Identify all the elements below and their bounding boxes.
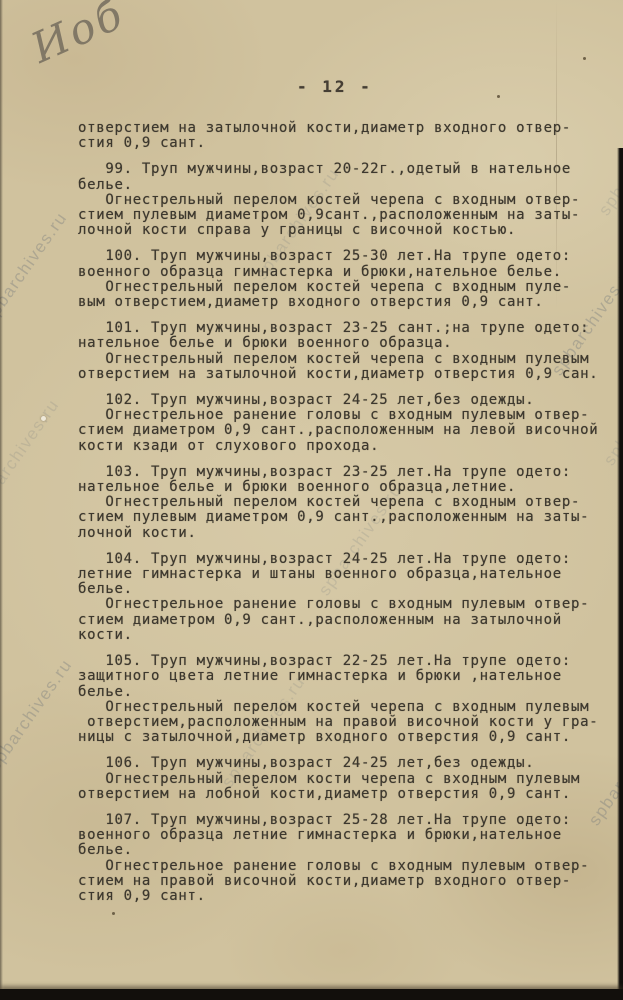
text-line: 103. Труп мужчины,возраст 23-25 лет.На т… xyxy=(78,465,618,480)
text-line: Огнестрельный перелом костей черепа с вх… xyxy=(78,700,618,715)
text-line: Огнестрельное ранение головы с входным п… xyxy=(78,859,618,874)
text-line: стием пулевым диаметром 0,9 сант.,распол… xyxy=(78,510,618,525)
paper-crease xyxy=(556,0,557,310)
text-line: Огнестрельное ранение головы с входным п… xyxy=(78,597,618,612)
text-line: лочной кости справа у границы с височной… xyxy=(78,223,618,238)
paragraph-block: 104. Труп мужчины,возраст 24-25 лет.На т… xyxy=(78,552,618,643)
page-number: - 12 - xyxy=(297,77,373,96)
paragraph-block: 106. Труп мужчины,возраст 24-25 лет,без … xyxy=(78,756,618,802)
text-line: отверстием,расположенным на правой височ… xyxy=(78,715,618,730)
text-line: 105. Труп мужчины,возраст 22-25 лет.На т… xyxy=(78,654,618,669)
text-line: отверстием на затылочной кости,диаметр о… xyxy=(78,367,618,382)
scanned-archival-page: spbarchives.ru spbarchives.ru spbarchive… xyxy=(0,0,623,1000)
text-line: военного образца летние гимнастерка и бр… xyxy=(78,828,618,843)
text-line: 104. Труп мужчины,возраст 24-25 лет.На т… xyxy=(78,552,618,567)
text-line: вым отверстием,диаметр входного отверсти… xyxy=(78,295,618,310)
text-line: Огнестрельный перелом костей черепа с вх… xyxy=(78,495,618,510)
text-line: нательное белье и брюки военного образца… xyxy=(78,480,618,495)
paragraph-block: 107. Труп мужчины,возраст 25-28 лет.На т… xyxy=(78,813,618,904)
paper-pinhole xyxy=(41,416,46,421)
text-line: летние гимнастерка и штаны военного обра… xyxy=(78,567,618,582)
paragraph-block: 99. Труп мужчины,возраст 20-22г.,одетый … xyxy=(78,162,618,238)
scan-edge-right xyxy=(617,148,623,1000)
text-line: нательное белье и брюки военного образца… xyxy=(78,336,618,351)
text-line: белье. xyxy=(78,178,618,193)
paragraph-block: 105. Труп мужчины,возраст 22-25 лет.На т… xyxy=(78,654,618,745)
text-line: военного образца гимнастерка и брюки,нат… xyxy=(78,265,618,280)
text-line: белье. xyxy=(78,685,618,700)
text-line: Огнестрельный перелом костей черепа с вх… xyxy=(78,352,618,367)
text-line: 100. Труп мужчины,возраст 25-30 лет.На т… xyxy=(78,249,618,264)
text-line: кости. xyxy=(78,628,618,643)
scan-edge-left xyxy=(0,0,3,1000)
text-line: 102. Труп мужчины,возраст 24-25 лет,без … xyxy=(78,393,618,408)
paragraph-block: 102. Труп мужчины,возраст 24-25 лет,без … xyxy=(78,393,618,454)
text-line: Огнестрельное ранение головы с входным п… xyxy=(78,408,618,423)
paragraph-block: 101. Труп мужчины,возраст 23-25 сант.;на… xyxy=(78,321,618,382)
text-line: белье. xyxy=(78,843,618,858)
text-line: белье. xyxy=(78,582,618,597)
text-line: ницы с затылочной,диаметр входного отвер… xyxy=(78,730,618,745)
text-line: 101. Труп мужчины,возраст 23-25 сант.;на… xyxy=(78,321,618,336)
text-line: отверстием на затылочной кости,диаметр в… xyxy=(78,121,618,136)
paragraph-block: отверстием на затылочной кости,диаметр в… xyxy=(78,121,618,151)
text-line: стием на правой височной кости,диаметр в… xyxy=(78,874,618,889)
text-line: лочной кости. xyxy=(78,526,618,541)
text-line: Огнестрельный перелом кости черепа с вхо… xyxy=(78,772,618,787)
text-line: Огнестрельный перелом костей черепа с вх… xyxy=(78,193,618,208)
text-line: стием диаметром 0,9 сант.,расположенным … xyxy=(78,423,618,438)
text-line: 106. Труп мужчины,возраст 24-25 лет,без … xyxy=(78,756,618,771)
paper-speck xyxy=(112,912,115,915)
scan-edge-bottom xyxy=(0,989,623,1000)
text-line: защитного цвета летние гимнастерка и брю… xyxy=(78,669,618,684)
text-line: отверстием на лобной кости,диаметр отвер… xyxy=(78,787,618,802)
text-line: стия 0,9 сант. xyxy=(78,136,618,151)
text-line: стия 0,9 сант. xyxy=(78,889,618,904)
paper-speck xyxy=(583,57,586,60)
document-text: отверстием на затылочной кости,диаметр в… xyxy=(78,121,618,915)
paper-speck xyxy=(497,95,500,98)
paragraph-block: 103. Труп мужчины,возраст 23-25 лет.На т… xyxy=(78,465,618,541)
text-line: 107. Труп мужчины,возраст 25-28 лет.На т… xyxy=(78,813,618,828)
text-line: стием диаметром 0,9 сант.,расположенным … xyxy=(78,613,618,628)
text-line: стием пулевым диаметром 0,9сант.,располо… xyxy=(78,208,618,223)
text-line: 99. Труп мужчины,возраст 20-22г.,одетый … xyxy=(78,162,618,177)
text-line: Огнестрельный перелом костей черепа с вх… xyxy=(78,280,618,295)
text-line: кости кзади от слухового прохода. xyxy=(78,439,618,454)
paragraph-block: 100. Труп мужчины,возраст 25-30 лет.На т… xyxy=(78,249,618,310)
